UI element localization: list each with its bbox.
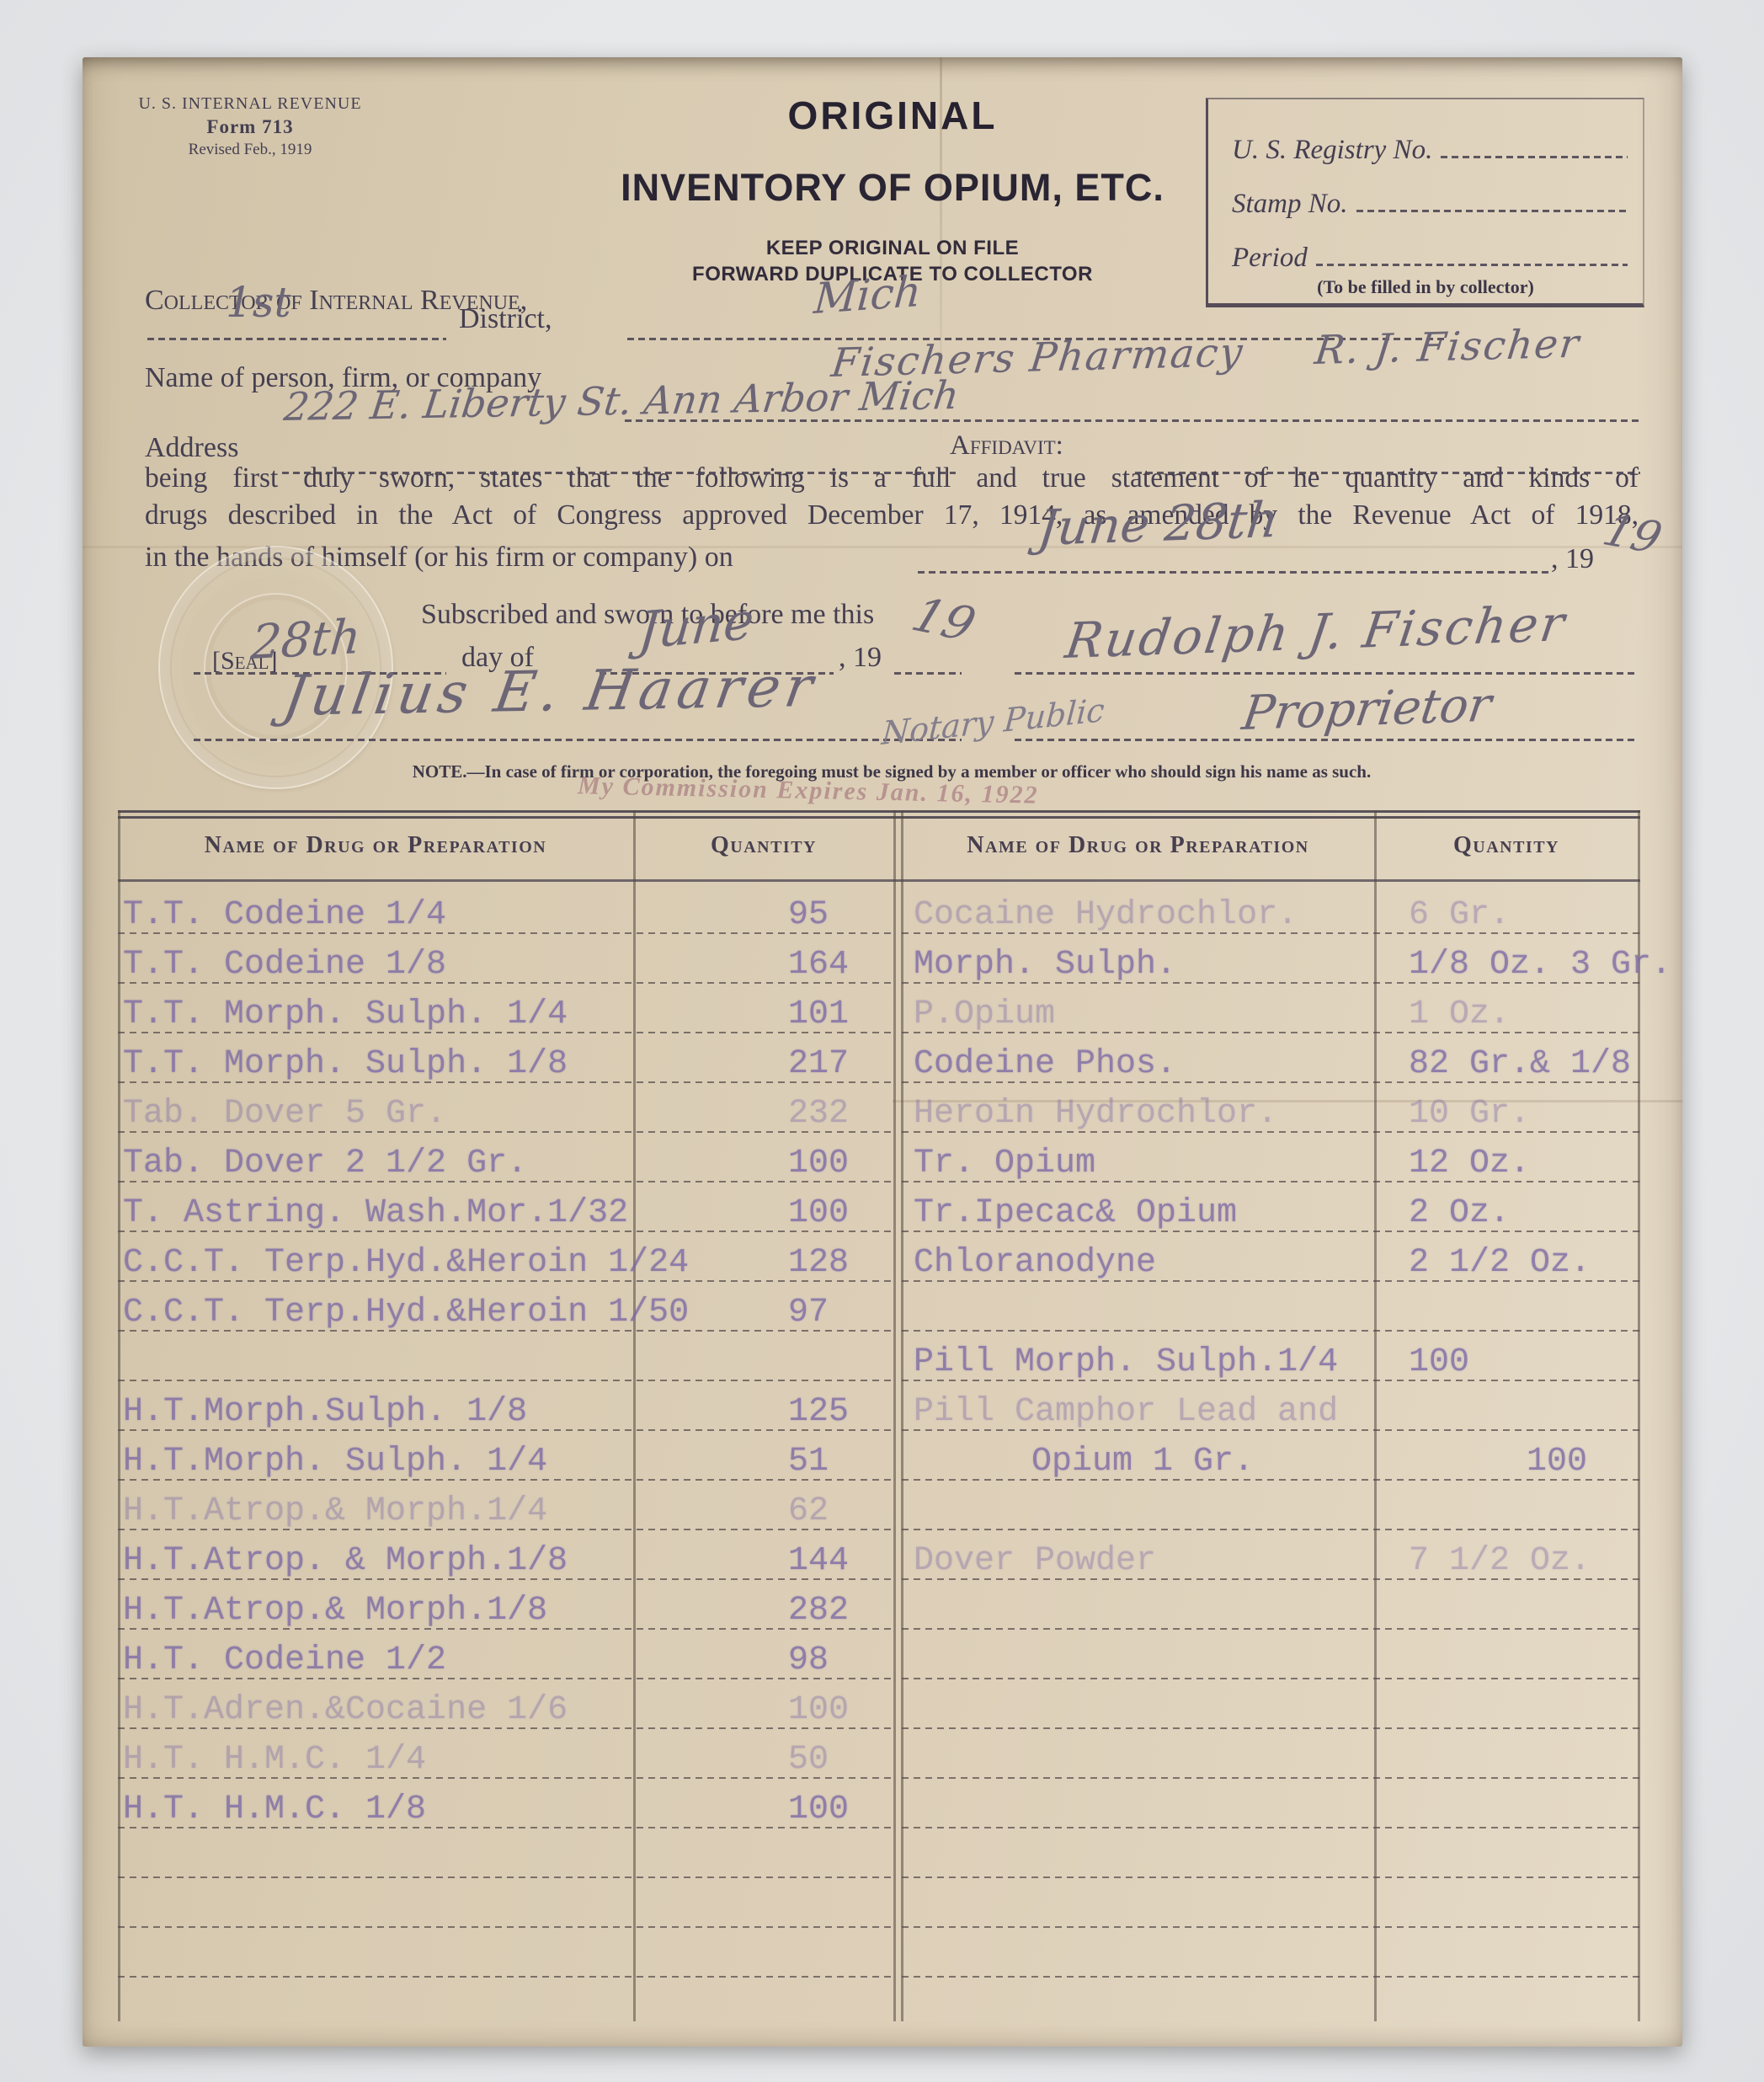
- drug-quantity: 164: [638, 948, 849, 984]
- drug-name: H.T.Morph.Sulph. 1/8: [118, 1396, 638, 1431]
- drug-name: Tab. Dover 5 Gr.: [118, 1097, 638, 1133]
- drug-name: H.T. H.M.C. 1/8: [118, 1793, 638, 1828]
- drug-quantity: 100: [638, 1694, 849, 1729]
- notary-signature: Julius E. Haarer: [280, 659, 821, 724]
- instruction-line: KEEP ORIGINAL ON FILE: [539, 237, 1246, 260]
- drug-quantity: 101: [638, 998, 849, 1033]
- stamp-number-row: Stamp No.: [1232, 190, 1628, 218]
- drug-quantity: [1385, 1678, 1409, 1679]
- column-header-quantity: Quantity: [1374, 832, 1639, 859]
- district-label: District,: [459, 303, 552, 335]
- inventory-row: [902, 1928, 1640, 1978]
- drug-quantity: 10 Gr.: [1385, 1097, 1530, 1133]
- drug-name: Tr. Opium: [902, 1147, 1385, 1182]
- drug-quantity: 50: [638, 1743, 829, 1779]
- drug-name: [902, 1330, 1385, 1332]
- inventory-row: H.T.Atrop.& Morph.1/4 62: [118, 1481, 894, 1530]
- period-label: Period: [1232, 244, 1308, 272]
- inventory-row: C.C.T. Terp.Hyd.&Heroin 1/50 97: [118, 1282, 894, 1332]
- address-handwritten: 222 E. Liberty St. Ann Arbor Mich: [282, 376, 961, 426]
- inventory-row: H.T.Atrop. & Morph.1/8 144: [118, 1530, 894, 1580]
- drug-quantity: 128: [638, 1247, 849, 1282]
- drug-name: Morph. Sulph.: [902, 948, 1385, 984]
- inventory-row: [902, 1828, 1640, 1878]
- drug-quantity: 82 Gr.& 1/8: [1385, 1048, 1631, 1083]
- inventory-row: [118, 1928, 894, 1978]
- drug-name: T.T. Codeine 1/8: [118, 948, 638, 984]
- drug-quantity: 12 Oz.: [1385, 1147, 1530, 1182]
- drug-quantity: 1/8 Oz. 3 Gr.: [1385, 948, 1671, 984]
- drug-name: [118, 1876, 638, 1878]
- drug-name: P.Opium: [902, 998, 1385, 1033]
- drug-name: T.T. Morph. Sulph. 1/4: [118, 998, 638, 1033]
- column-header-quantity: Quantity: [633, 832, 894, 859]
- drug-quantity: [1385, 1926, 1409, 1928]
- fill-line: [894, 672, 962, 675]
- drug-quantity: 1 Oz.: [1385, 998, 1510, 1033]
- inventory-row: T. Astring. Wash.Mor.1/32 100: [118, 1182, 894, 1232]
- inventory-row: Morph. Sulph. 1/8 Oz. 3 Gr.: [902, 934, 1640, 984]
- inventory-row: Dover Powder 7 1/2 Oz.: [902, 1530, 1640, 1580]
- affidavit-text-line: being first duly sworn, states that the …: [145, 462, 1639, 494]
- inventory-row: [902, 1729, 1640, 1779]
- inventory-row: H.T.Morph. Sulph. 1/4 51: [118, 1431, 894, 1481]
- drug-quantity: 217: [638, 1048, 849, 1083]
- fill-line: [147, 338, 446, 340]
- jurat-month-handwritten: June: [637, 595, 756, 657]
- drug-name: T. Astring. Wash.Mor.1/32: [118, 1197, 638, 1232]
- inventory-row: Tr.Ipecac& Opium 2 Oz.: [902, 1182, 1640, 1232]
- drug-name: [902, 1827, 1385, 1828]
- drug-name: T.T. Morph. Sulph. 1/8: [118, 1048, 638, 1083]
- table-top-rule: [118, 810, 1640, 813]
- signature-line: [1015, 739, 1635, 741]
- inventory-row: H.T.Atrop.& Morph.1/8 282: [118, 1580, 894, 1630]
- inventory-row: [118, 1332, 894, 1381]
- district-state-handwritten: Mich: [813, 270, 923, 320]
- drug-name: Codeine Phos.: [902, 1048, 1385, 1083]
- fill-line: [1356, 210, 1628, 212]
- drug-quantity: [638, 1976, 788, 1978]
- drug-quantity: 232: [638, 1097, 849, 1133]
- inventory-row: [902, 1481, 1640, 1530]
- drug-name: H.T.Atrop.& Morph.1/4: [118, 1495, 638, 1530]
- inventory-row: Codeine Phos. 82 Gr.& 1/8: [902, 1033, 1640, 1083]
- drug-name: C.C.T. Terp.Hyd.&Heroin 1/24: [118, 1247, 638, 1282]
- drug-name: C.C.T. Terp.Hyd.&Heroin 1/50: [118, 1296, 638, 1332]
- inventory-date-handwritten: June 28th: [1036, 495, 1281, 553]
- drug-name: H.T.Morph. Sulph. 1/4: [118, 1445, 638, 1481]
- drug-quantity: [1385, 1777, 1409, 1779]
- affidavit-text-line: drugs described in the Act of Congress a…: [145, 499, 1639, 531]
- drug-quantity: 98: [638, 1644, 829, 1679]
- signature-line: [1015, 672, 1635, 675]
- drug-name: Chloranodyne: [902, 1247, 1385, 1282]
- inventory-row: T.T. Codeine 1/8 164: [118, 934, 894, 984]
- inventory-row: Tab. Dover 5 Gr. 232: [118, 1083, 894, 1133]
- copy-type-label: ORIGINAL: [539, 93, 1246, 138]
- drug-name: H.T. Codeine 1/2: [118, 1644, 638, 1679]
- drug-quantity: [638, 1926, 788, 1928]
- drug-name: H.T. H.M.C. 1/4: [118, 1743, 638, 1779]
- drug-name: [118, 1926, 638, 1928]
- drug-quantity: 100: [638, 1147, 849, 1182]
- period-row: Period: [1232, 244, 1628, 272]
- drug-quantity: [1385, 1827, 1409, 1828]
- inventory-row: T.T. Morph. Sulph. 1/4 101: [118, 984, 894, 1033]
- inventory-row: Pill Morph. Sulph.1/4 100: [902, 1332, 1640, 1381]
- signature-line: [194, 739, 962, 741]
- form-number: Form 713: [111, 116, 389, 138]
- drug-name: [902, 1777, 1385, 1779]
- district-number-handwritten: 1st: [226, 281, 291, 323]
- drug-quantity: 7 1/2 Oz.: [1385, 1545, 1591, 1580]
- collector-box: U. S. Registry No. Stamp No. Period (To …: [1206, 98, 1644, 307]
- drug-quantity: 125: [638, 1396, 849, 1431]
- affidavit-label: Affidavit:: [950, 430, 1063, 462]
- inventory-row: H.T.Morph.Sulph. 1/8 125: [118, 1381, 894, 1431]
- inventory-row: Tab. Dover 2 1/2 Gr. 100: [118, 1133, 894, 1182]
- table-top-rule: [118, 816, 1640, 819]
- inventory-row: H.T.Adren.&Cocaine 1/6 100: [118, 1679, 894, 1729]
- registry-number-row: U. S. Registry No.: [1232, 136, 1628, 164]
- drug-name: Opium 1 Gr.: [902, 1445, 1503, 1481]
- column-header-drug-name: Name of Drug or Preparation: [118, 832, 633, 859]
- inventory-row: Pill Camphor Lead and: [902, 1381, 1640, 1431]
- drug-name: Tr.Ipecac& Opium: [902, 1197, 1385, 1232]
- owner-title-handwritten: Proprietor: [1239, 681, 1495, 738]
- fill-line: [918, 571, 1551, 574]
- column-header-drug-name: Name of Drug or Preparation: [902, 832, 1374, 859]
- inventory-row: [118, 1828, 894, 1878]
- inventory-row: H.T. H.M.C. 1/4 50: [118, 1729, 894, 1779]
- inventory-rows-left: T.T. Codeine 1/4 95 T.T. Codeine 1/8 164…: [118, 884, 894, 1978]
- drug-quantity: 282: [638, 1594, 849, 1630]
- scanned-form-photo: U. S. INTERNAL REVENUE Form 713 Revised …: [0, 0, 1764, 2082]
- collector-box-footnote: (To be filled in by collector): [1208, 276, 1643, 298]
- inventory-row: P.Opium 1 Oz.: [902, 984, 1640, 1033]
- drug-name: Cocaine Hydrochlor.: [902, 899, 1385, 934]
- drug-quantity: [1385, 1628, 1409, 1630]
- inventory-row: Tr. Opium 12 Oz.: [902, 1133, 1640, 1182]
- table-header-rule: [118, 879, 1640, 882]
- drug-name: [902, 1529, 1385, 1530]
- inventory-row: [902, 1630, 1640, 1679]
- drug-name: [902, 1628, 1385, 1630]
- drug-quantity: 100: [638, 1197, 849, 1232]
- inventory-row: H.T. Codeine 1/2 98: [118, 1630, 894, 1679]
- drug-name: Pill Camphor Lead and: [902, 1396, 1385, 1431]
- drug-name: H.T.Atrop.& Morph.1/8: [118, 1594, 638, 1630]
- inventory-row: Heroin Hydrochlor. 10 Gr.: [902, 1083, 1640, 1133]
- drug-quantity: 100: [638, 1793, 849, 1828]
- inventory-row: [902, 1282, 1640, 1332]
- drug-name: [902, 1678, 1385, 1679]
- drug-name: Dover Powder: [902, 1545, 1385, 1580]
- agency-name: U. S. INTERNAL REVENUE: [111, 94, 389, 114]
- year-prefix: , 19: [1551, 543, 1594, 575]
- inventory-row: T.T. Morph. Sulph. 1/8 217: [118, 1033, 894, 1083]
- drug-name: Tab. Dover 2 1/2 Gr.: [118, 1147, 638, 1182]
- drug-quantity: 62: [638, 1495, 829, 1530]
- form-revision: Revised Feb., 1919: [111, 141, 389, 159]
- inventory-row: Opium 1 Gr. 100: [902, 1431, 1640, 1481]
- drug-quantity: [638, 1380, 788, 1381]
- drug-quantity: 2 Oz.: [1385, 1197, 1510, 1232]
- address-label: Address: [145, 432, 238, 464]
- inventory-row: T.T. Codeine 1/4 95: [118, 884, 894, 934]
- drug-name: [118, 1380, 638, 1381]
- drug-name: Heroin Hydrochlor.: [902, 1097, 1385, 1133]
- fill-line: [1316, 264, 1628, 266]
- drug-quantity: 95: [638, 899, 829, 934]
- drug-quantity: [638, 1876, 788, 1878]
- inventory-row: H.T. H.M.C. 1/8 100: [118, 1779, 894, 1828]
- inventory-row: [118, 1878, 894, 1928]
- inventory-row: Cocaine Hydrochlor. 6 Gr.: [902, 884, 1640, 934]
- jurat-day-handwritten: 28th: [249, 614, 363, 667]
- drug-quantity: [1385, 1727, 1409, 1729]
- year-prefix: , 19: [839, 642, 882, 674]
- inventory-row: [902, 1878, 1640, 1928]
- drug-name: H.T.Adren.&Cocaine 1/6: [118, 1694, 638, 1729]
- drug-name: H.T.Atrop. & Morph.1/8: [118, 1545, 638, 1580]
- drug-quantity: 144: [638, 1545, 849, 1580]
- stamp-number-label: Stamp No.: [1232, 190, 1348, 218]
- drug-name: T.T. Codeine 1/4: [118, 899, 638, 934]
- fill-line: [1441, 156, 1628, 158]
- drug-quantity: [1385, 1529, 1409, 1530]
- drug-quantity: 100: [1385, 1346, 1469, 1381]
- form-title: INVENTORY OF OPIUM, ETC.: [539, 166, 1246, 210]
- inventory-row: [902, 1580, 1640, 1630]
- drug-name: [902, 1876, 1385, 1878]
- drug-quantity: 2 1/2 Oz.: [1385, 1247, 1591, 1282]
- drug-quantity: [1385, 1976, 1409, 1978]
- inventory-row: [902, 1679, 1640, 1729]
- inventory-row: Chloranodyne 2 1/2 Oz.: [902, 1232, 1640, 1282]
- inventory-row: C.C.T. Terp.Hyd.&Heroin 1/24 128: [118, 1232, 894, 1282]
- inventory-row: [902, 1779, 1640, 1828]
- drug-name: [118, 1976, 638, 1978]
- drug-quantity: 97: [638, 1296, 829, 1332]
- drug-name: Pill Morph. Sulph.1/4: [902, 1346, 1385, 1381]
- drug-quantity: [1385, 1330, 1409, 1332]
- drug-quantity: [1385, 1876, 1409, 1878]
- drug-name: [902, 1926, 1385, 1928]
- drug-name: [902, 1976, 1385, 1978]
- drug-quantity: 51: [638, 1445, 829, 1481]
- drug-quantity: 6 Gr.: [1385, 899, 1510, 934]
- drug-name: [902, 1727, 1385, 1729]
- drug-quantity: [1385, 1429, 1409, 1431]
- inventory-rows-right: Cocaine Hydrochlor. 6 Gr. Morph. Sulph. …: [902, 884, 1640, 1978]
- drug-quantity: 100: [1503, 1445, 1587, 1481]
- registry-number-label: U. S. Registry No.: [1232, 136, 1432, 164]
